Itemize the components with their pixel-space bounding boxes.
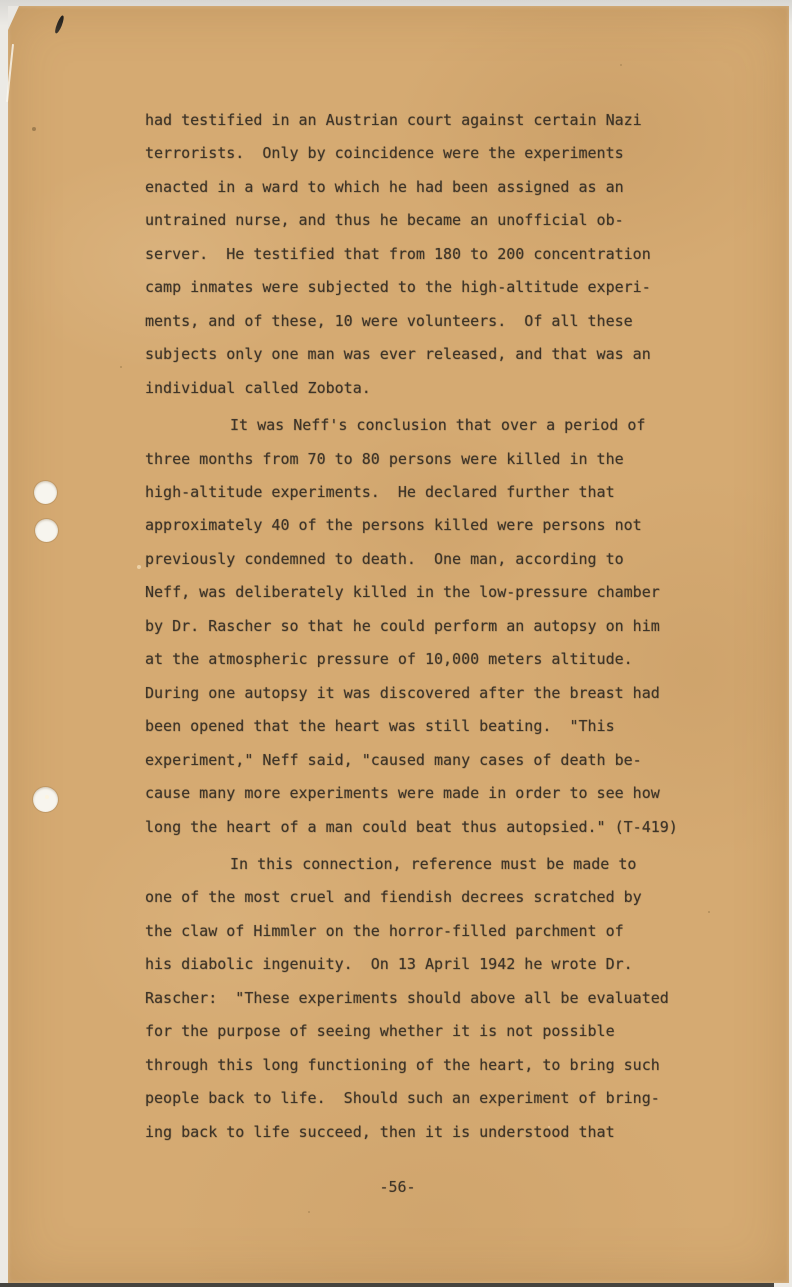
paper: had testified in an Austrian court again… [8,6,789,1283]
punch-hole [34,481,57,504]
text-line: experiment," Neff said, "caused many cas… [145,744,710,777]
paper-edge-scratch [6,44,14,102]
text-line: During one autopsy it was discovered aft… [145,677,710,710]
text-line: people back to life. Should such an expe… [145,1082,710,1115]
page-number: -56- [145,1178,650,1196]
paper-corner-fold [8,6,19,30]
paper-specks [8,6,10,8]
text-line: had testified in an Austrian court again… [145,104,710,137]
text-line: ments, and of these, 10 were volunteers.… [145,305,710,338]
punch-hole [35,519,58,542]
text-line: Neff, was deliberately killed in the low… [145,576,710,609]
text-line: Rascher: "These experiments should above… [145,982,710,1015]
text-line: by Dr. Rascher so that he could perform … [145,610,710,643]
text-line: high-altitude experiments. He declared f… [145,476,710,509]
text-line: at the atmospheric pressure of 10,000 me… [145,643,710,676]
punch-hole [33,787,58,812]
text-line: It was Neff's conclusion that over a per… [145,409,710,442]
text-line: In this connection, reference must be ma… [145,848,710,881]
text-line: untrained nurse, and thus he became an u… [145,204,710,237]
text-line: server. He testified that from 180 to 20… [145,238,710,271]
text-line: camp inmates were subjected to the high-… [145,271,710,304]
text-block: had testified in an Austrian court again… [145,104,710,1149]
text-line: individual called Zobota. [145,372,710,405]
text-line: through this long functioning of the hea… [145,1049,710,1082]
text-line: ing back to life succeed, then it is und… [145,1116,710,1149]
scan-bottom-edge [0,1283,774,1287]
scanned-page: had testified in an Austrian court again… [0,0,792,1287]
text-line: subjects only one man was ever released,… [145,338,710,371]
text-line: approximately 40 of the persons killed w… [145,509,710,542]
text-line: the claw of Himmler on the horror-filled… [145,915,710,948]
text-line: been opened that the heart was still bea… [145,710,710,743]
text-line: cause many more experiments were made in… [145,777,710,810]
text-line: previously condemned to death. One man, … [145,543,710,576]
text-line: long the heart of a man could beat thus … [145,811,710,844]
pen-mark [54,15,66,34]
text-line: three months from 70 to 80 persons were … [145,443,710,476]
text-line: his diabolic ingenuity. On 13 April 1942… [145,948,710,981]
text-line: for the purpose of seeing whether it is … [145,1015,710,1048]
text-line: terrorists. Only by coincidence were the… [145,137,710,170]
text-line: enacted in a ward to which he had been a… [145,171,710,204]
text-line: one of the most cruel and fiendish decre… [145,881,710,914]
